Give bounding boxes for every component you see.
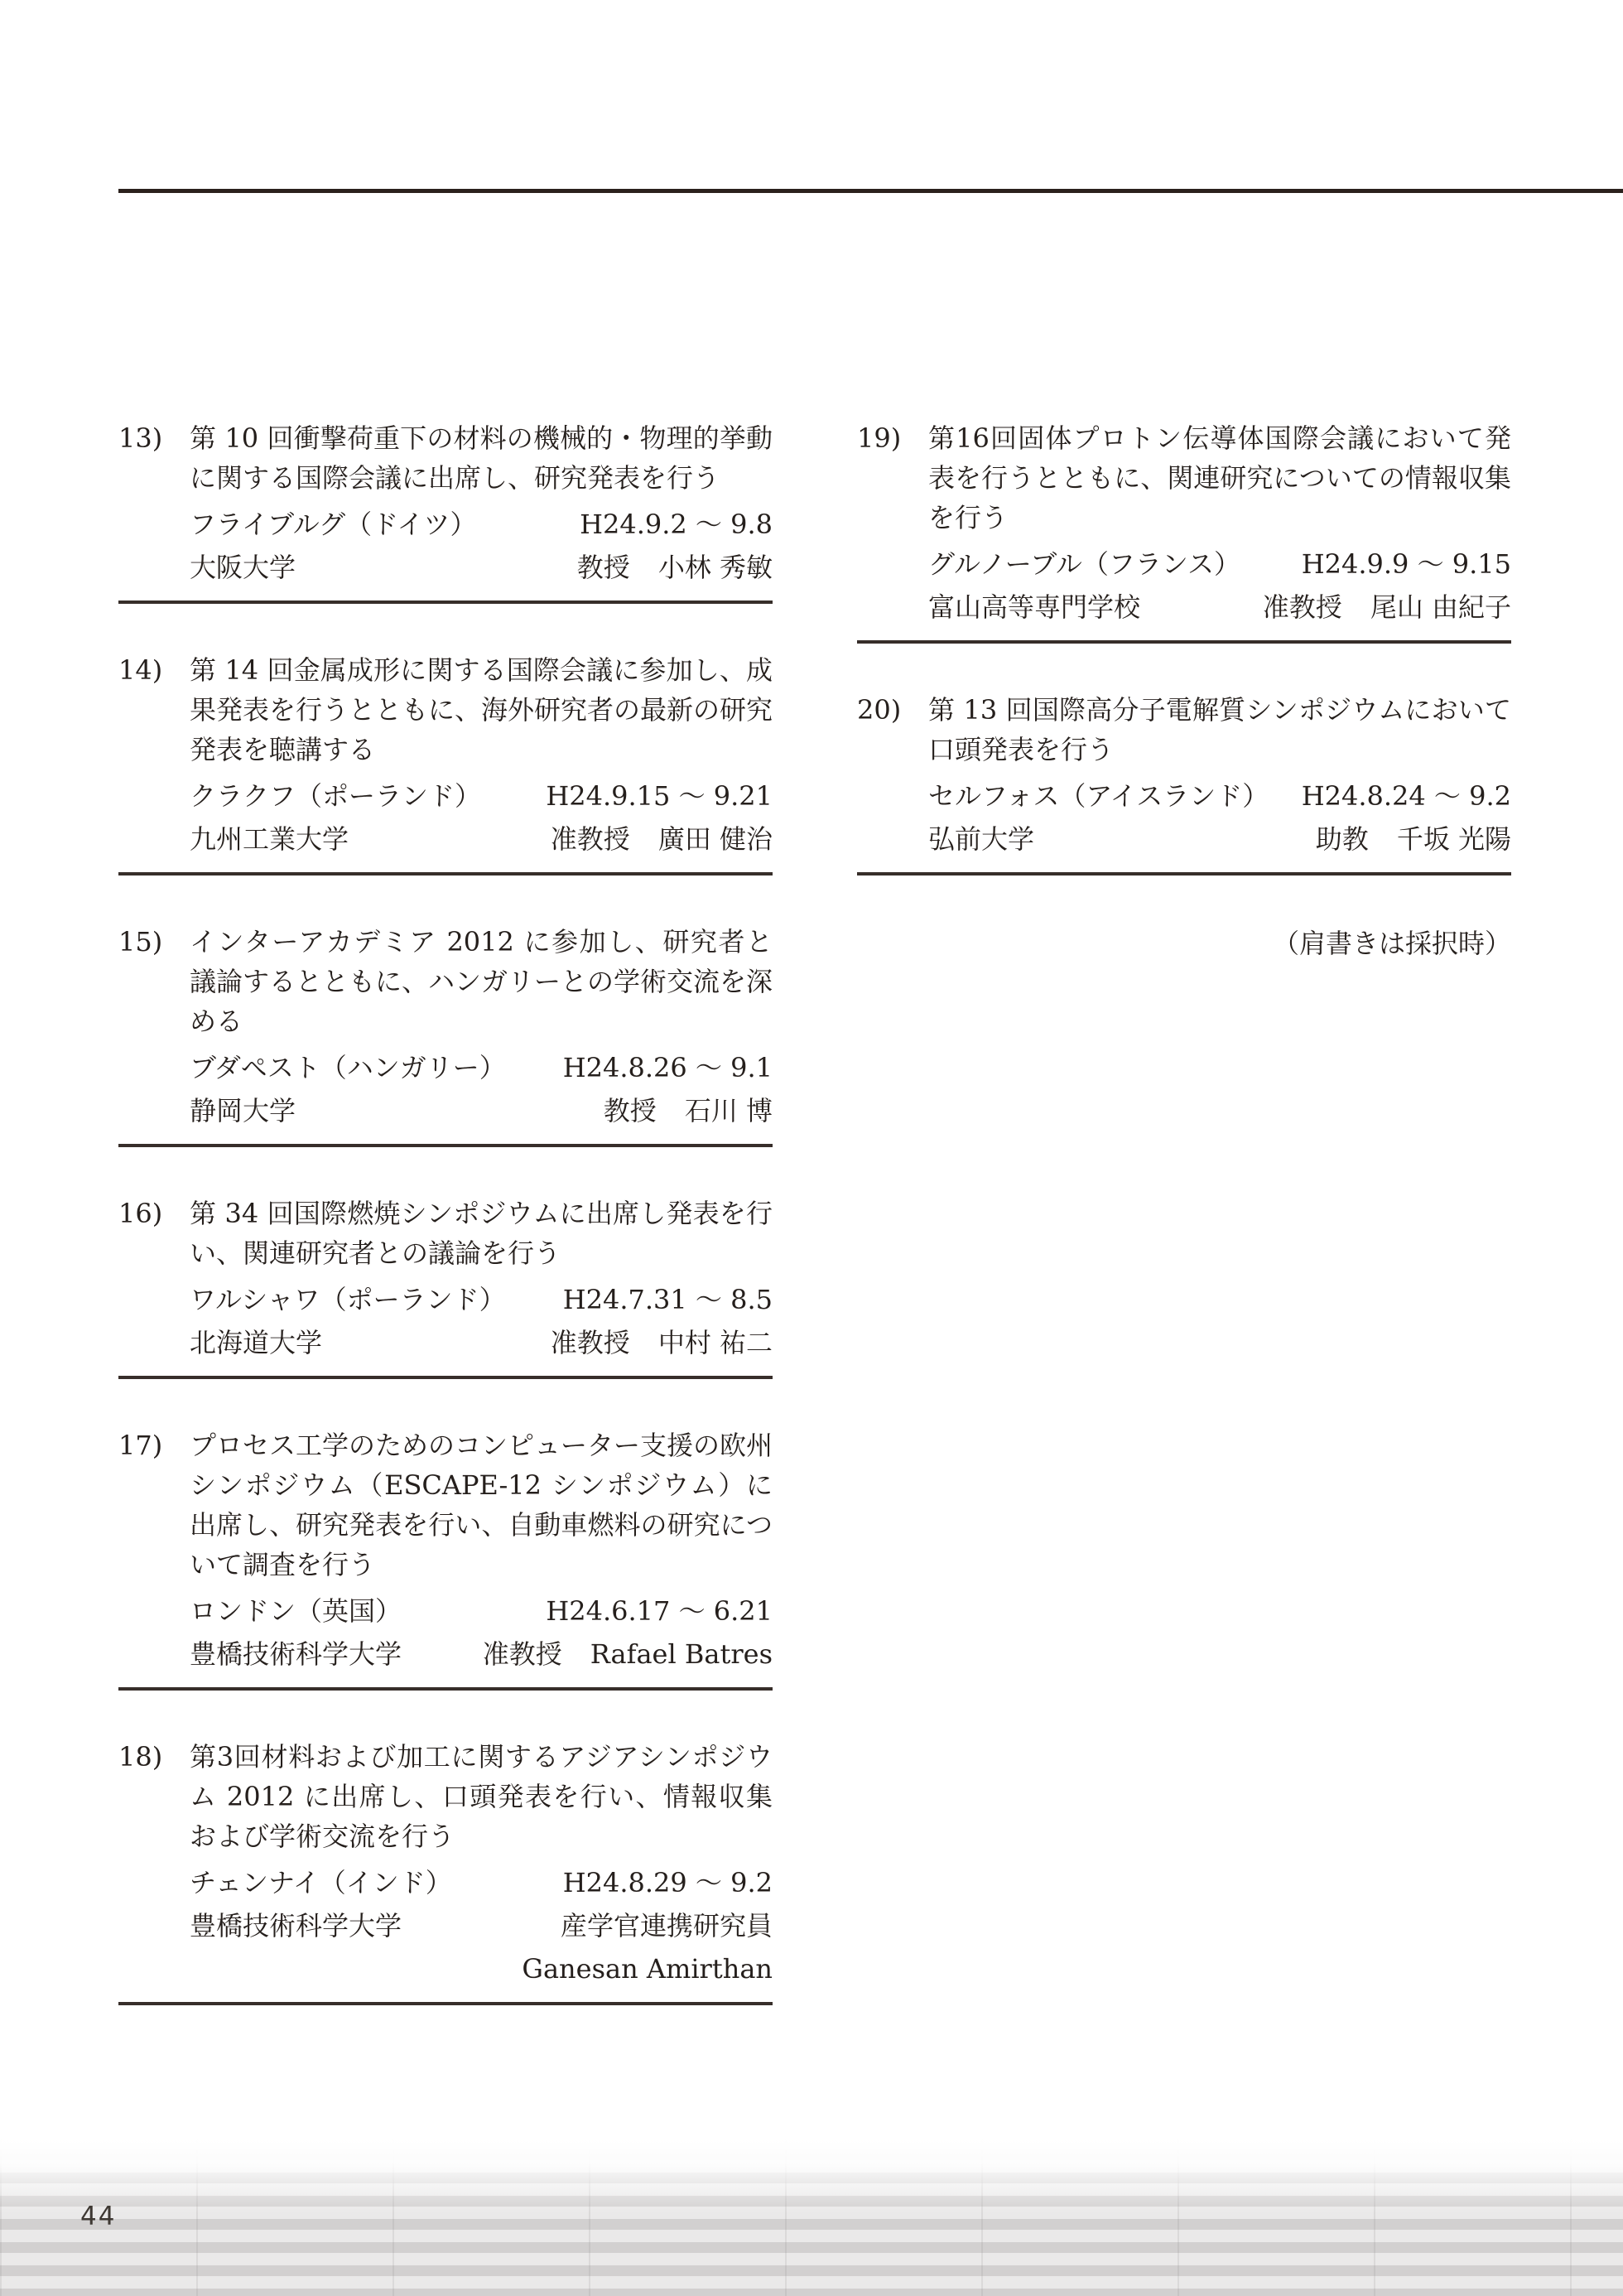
date-range: H24.6.17 ～ 6.21 [546,1589,773,1633]
entry-description: 第 14 回金属成形に関する国際会議に参加し、成果発表を行うとともに、海外研究者… [190,650,773,769]
date-range: H24.8.24 ～ 9.2 [1302,774,1511,818]
entry-number: 15) [118,922,190,1041]
location-date-row: ロンドン（英国） H24.6.17 ～ 6.21 [190,1589,773,1633]
date-range: H24.7.31 ～ 8.5 [563,1278,773,1321]
position: 教授 [604,1089,657,1132]
location: ロンドン（英国） [190,1589,402,1633]
organization: 北海道大学 [190,1321,322,1364]
entry-description: 第16回固体プロトン伝導体国際会議において発表を行うとともに、関連研究についての… [928,418,1511,538]
location: ワルシャワ（ポーランド） [190,1278,506,1321]
extra-person-row: Ganesan Amirthan [190,1947,773,1990]
entry-head: 14) 第 14 回金属成形に関する国際会議に参加し、成果発表を行うとともに、海… [118,650,773,769]
left-column: 13) 第 10 回衝撃荷重下の材料の機械的・物理的挙動に関する国際会議に出席し… [118,418,773,2052]
entry-20: 20) 第 13 回国際高分子電解質シンポジウムにおいて口頭発表を行う セルフォ… [857,690,1511,875]
location: グルノーブル（フランス） [928,543,1240,586]
entry-head: 19) 第16回固体プロトン伝導体国際会議において発表を行うとともに、関連研究に… [857,418,1511,538]
position: 産学官連携研究員 [561,1904,773,1947]
right-column: 19) 第16回固体プロトン伝導体国際会議において発表を行うとともに、関連研究に… [857,418,1511,965]
position: 准教授 [551,818,630,861]
location: クラクフ（ポーランド） [190,774,481,818]
location-date-row: セルフォス（アイスランド） H24.8.24 ～ 9.2 [928,774,1511,818]
org-person-row: 大阪大学 教授 小林 秀敏 [190,546,773,589]
entry-head: 15) インターアカデミア 2012 に参加し、研究者と議論するとともに、ハンガ… [118,922,773,1041]
location: フライブルグ（ドイツ） [190,503,477,546]
person-name: Ganesan Amirthan [522,1947,773,1990]
position: 助教 [1316,818,1369,861]
person-group: 准教授 中村 祐二 [551,1321,773,1364]
person-group: 准教授 Rafael Batres [483,1633,773,1676]
organization: 大阪大学 [190,546,296,589]
location-date-row: クラクフ（ポーランド） H24.9.15 ～ 9.21 [190,774,773,818]
content-columns: 13) 第 10 回衝撃荷重下の材料の機械的・物理的挙動に関する国際会議に出席し… [118,418,1511,2052]
organization: 弘前大学 [928,818,1034,861]
org-person-row: 弘前大学 助教 千坂 光陽 [928,818,1511,861]
entry-head: 20) 第 13 回国際高分子電解質シンポジウムにおいて口頭発表を行う [857,690,1511,769]
entry-17: 17) プロセス工学のためのコンピューター支援の欧州シンポジウム（ESCAPE-… [118,1425,773,1691]
location-date-row: グルノーブル（フランス） H24.9.9 ～ 9.15 [928,543,1511,586]
position: 准教授 [483,1633,562,1676]
organization: 九州工業大学 [190,818,349,861]
location-date-row: ブダペスト（ハンガリー） H24.8.26 ～ 9.1 [190,1046,773,1089]
organization: 富山高等専門学校 [928,586,1140,629]
date-range: H24.8.26 ～ 9.1 [563,1046,773,1089]
person-group: 助教 千坂 光陽 [1316,818,1511,861]
entry-description: 第3回材料および加工に関するアジアシンポジウム 2012 に出席し、口頭発表を行… [190,1737,773,1856]
entry-number: 19) [857,418,928,538]
organization: 豊橋技術科学大学 [190,1633,402,1676]
date-range: H24.9.15 ～ 9.21 [546,774,773,818]
location: セルフォス（アイスランド） [928,774,1269,818]
top-rule [118,189,1623,193]
entry-number: 13) [118,418,190,498]
org-person-row: 豊橋技術科学大学 産学官連携研究員 [190,1904,773,1947]
footnote: （肩書きは採択時） [857,922,1511,965]
entry-description: プロセス工学のためのコンピューター支援の欧州シンポジウム（ESCAPE-12 シ… [190,1425,773,1585]
entry-19: 19) 第16回固体プロトン伝導体国際会議において発表を行うとともに、関連研究に… [857,418,1511,644]
organization: 静岡大学 [190,1089,296,1132]
organization: 豊橋技術科学大学 [190,1904,402,1947]
person-name: 中村 祐二 [658,1321,773,1364]
entry-head: 16) 第 34 回国際燃焼シンポジウムに出席し発表を行い、関連研究者との議論を… [118,1194,773,1273]
entry-number: 17) [118,1425,190,1585]
entry-description: 第 34 回国際燃焼シンポジウムに出席し発表を行い、関連研究者との議論を行う [190,1194,773,1273]
person-name: 廣田 健治 [658,818,773,861]
entry-head: 18) 第3回材料および加工に関するアジアシンポジウム 2012 に出席し、口頭… [118,1737,773,1856]
person-name: Rafael Batres [590,1633,773,1676]
entry-head: 17) プロセス工学のためのコンピューター支援の欧州シンポジウム（ESCAPE-… [118,1425,773,1585]
org-person-row: 静岡大学 教授 石川 博 [190,1089,773,1132]
location: チェンナイ（インド） [190,1861,452,1904]
date-range: H24.8.29 ～ 9.2 [563,1861,773,1904]
person-name: 尾山 由紀子 [1370,586,1511,629]
entry-number: 14) [118,650,190,769]
position: 教授 [577,546,630,589]
entry-16: 16) 第 34 回国際燃焼シンポジウムに出席し発表を行い、関連研究者との議論を… [118,1194,773,1379]
org-person-row: 豊橋技術科学大学 准教授 Rafael Batres [190,1633,773,1676]
person-name: 石川 博 [685,1089,773,1132]
entry-13: 13) 第 10 回衝撃荷重下の材料の機械的・物理的挙動に関する国際会議に出席し… [118,418,773,604]
person-name: 小林 秀敏 [658,546,773,589]
person-group: 教授 石川 博 [604,1089,773,1132]
entry-15: 15) インターアカデミア 2012 に参加し、研究者と議論するとともに、ハンガ… [118,922,773,1147]
location: ブダペスト（ハンガリー） [190,1046,506,1089]
org-person-row: 北海道大学 准教授 中村 祐二 [190,1321,773,1364]
person-group: 産学官連携研究員 [561,1904,773,1947]
footer-stripes: 44 [0,2137,1623,2296]
org-person-row: 九州工業大学 准教授 廣田 健治 [190,818,773,861]
person-group: 准教授 尾山 由紀子 [1263,586,1511,629]
location-date-row: チェンナイ（インド） H24.8.29 ～ 9.2 [190,1861,773,1904]
date-range: H24.9.2 ～ 9.8 [580,503,773,546]
page-number: 44 [80,2202,116,2231]
date-range: H24.9.9 ～ 9.15 [1302,543,1511,586]
location-date-row: フライブルグ（ドイツ） H24.9.2 ～ 9.8 [190,503,773,546]
entry-description: 第 10 回衝撃荷重下の材料の機械的・物理的挙動に関する国際会議に出席し、研究発… [190,418,773,498]
location-date-row: ワルシャワ（ポーランド） H24.7.31 ～ 8.5 [190,1278,773,1321]
entry-18: 18) 第3回材料および加工に関するアジアシンポジウム 2012 に出席し、口頭… [118,1737,773,2005]
person-name: 千坂 光陽 [1397,818,1511,861]
entry-number: 18) [118,1737,190,1856]
person-group: 准教授 廣田 健治 [551,818,773,861]
entry-description: 第 13 回国際高分子電解質シンポジウムにおいて口頭発表を行う [928,690,1511,769]
person-group: 教授 小林 秀敏 [577,546,773,589]
org-person-row: 富山高等専門学校 准教授 尾山 由紀子 [928,586,1511,629]
entry-description: インターアカデミア 2012 に参加し、研究者と議論するとともに、ハンガリーとの… [190,922,773,1041]
entry-number: 16) [118,1194,190,1273]
position: 准教授 [551,1321,630,1364]
position: 准教授 [1263,586,1342,629]
entry-14: 14) 第 14 回金属成形に関する国際会議に参加し、成果発表を行うとともに、海… [118,650,773,875]
entry-number: 20) [857,690,928,769]
entry-head: 13) 第 10 回衝撃荷重下の材料の機械的・物理的挙動に関する国際会議に出席し… [118,418,773,498]
